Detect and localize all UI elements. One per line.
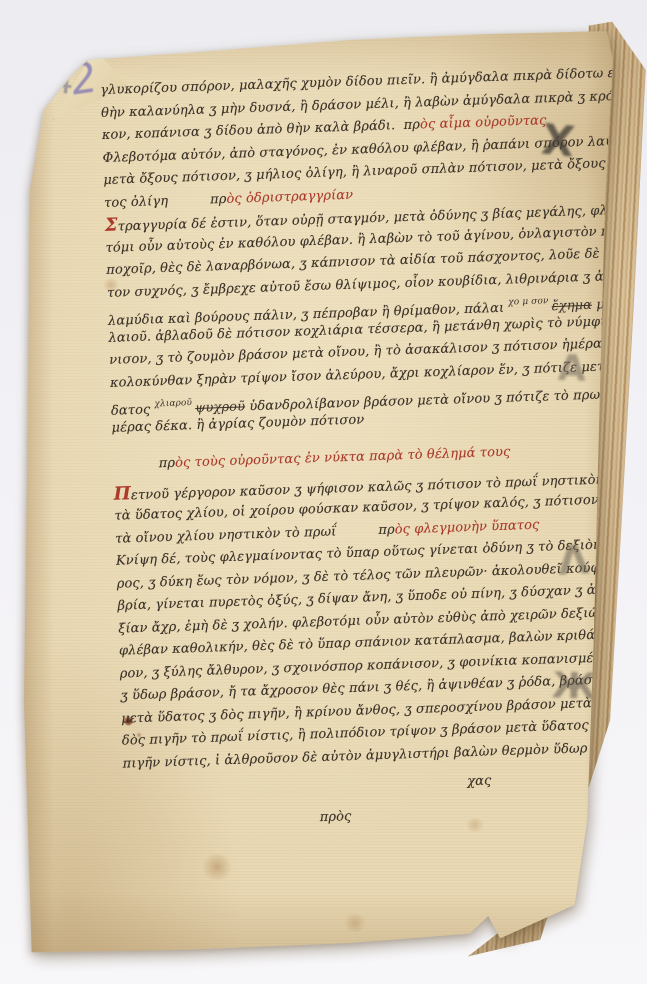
rubric-text: ὸς ὁδριστραγγρίαν (226, 187, 353, 206)
spacing-gap (336, 534, 378, 535)
margin-mark-x: X (540, 114, 577, 166)
stain (200, 854, 234, 880)
body-text: μετὰ οἴνου πα (592, 295, 647, 313)
photo-background: 4 2 γλυκορίζου σπόρον, μαλαχῆς χυμὸν δίδ… (0, 0, 647, 984)
rubric-initial: Π (113, 483, 131, 505)
spacing-gap (168, 203, 210, 204)
catchword: πρὸς (124, 797, 610, 836)
body-text: πρ (378, 522, 395, 538)
body-text: χας (467, 773, 492, 789)
rubric-initial: Σ (104, 215, 118, 236)
body-text: πρὸς (319, 809, 351, 825)
margin-mark-a: A (557, 348, 586, 390)
body-text: πρ (159, 456, 176, 472)
folio-digit: 2 (69, 52, 97, 105)
body-text: τος ὀλίγη (104, 193, 169, 210)
rubric-text: ὸς τοὺς οὐροῦντας ἐν νύκτα παρὰ τὸ θέλημ… (175, 445, 511, 471)
manuscript-leaf-wrap: 4 2 γλυκορίζου σπόρον, μαλαχῆς χυμὸν δίδ… (0, 0, 647, 984)
body-text: πρ (210, 191, 227, 207)
body-text: τὰ οἴνου χλίου νηστικὸν τὸ πρωΐ (115, 524, 337, 546)
manuscript-leaf: 4 2 γλυκορίζου σπόρον, μαλαχῆς χυμὸν δίδ… (24, 26, 620, 956)
rubric-text: ὸς αἷμα οὐροῦντας (420, 113, 547, 132)
rubric-text: ὸς φλεγμονὴν ὕπατος (394, 517, 539, 537)
interlinear-correction: χλιαροῦ (154, 398, 195, 409)
stain (342, 914, 368, 932)
margin-mark-lambda: Λ (557, 537, 590, 585)
text-block: γλυκορίζου σπόρον, μαλαχῆς χυμὸν δίδου π… (100, 64, 611, 836)
interlinear-correction: χο μ σον (508, 296, 552, 307)
margin-mark-zh: Ж (551, 665, 596, 708)
